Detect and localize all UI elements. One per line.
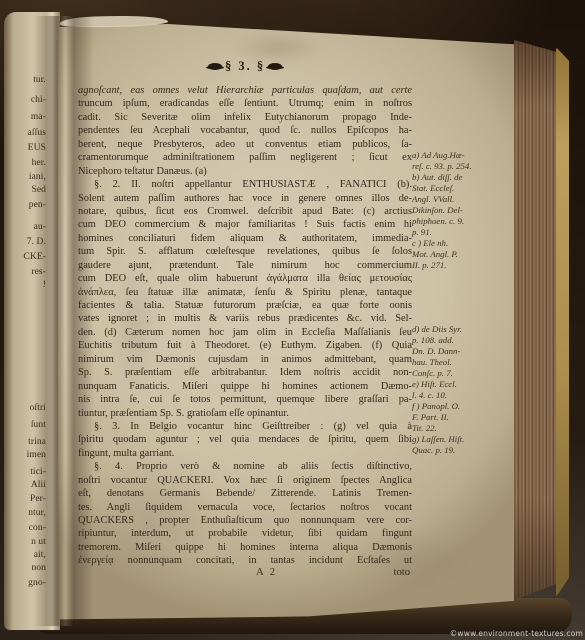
left-page-fragment: res-: [31, 267, 46, 277]
margin-note-line: hau. Theol.: [412, 357, 512, 368]
left-page-fragment: non: [31, 563, 46, 573]
left-page-fragment: ntur,: [28, 508, 46, 518]
left-page-fragment: CKE-: [23, 252, 46, 262]
margin-note-line: Dikinſon. Del-: [412, 205, 512, 216]
ink-blot-ornament-icon: [208, 63, 222, 70]
fore-edge-pages: [514, 40, 558, 600]
left-page-fragment: her.: [32, 158, 46, 168]
margin-note-line: a) Ad Aug.Hæ-: [412, 150, 512, 161]
text-line: cum DEO eſt, quale olim habuerunt ἀγάλμα…: [78, 272, 412, 285]
text-line: §. 4. Proprio verò & nomine ab aliis ſec…: [78, 460, 412, 473]
text-line: homines conciliaturi fidem aliquam & aut…: [78, 232, 412, 245]
text-line: tiuntur, præſentiam Sp. S. gratioſam eſſ…: [78, 407, 412, 420]
left-page-fragment: ſunt: [31, 420, 46, 430]
left-page-fragment: aſſus: [28, 128, 46, 138]
text-line: Sp. S. præſentiam eſſe arbitrabantur. Id…: [78, 366, 412, 379]
ink-blot-ornament-icon: [268, 63, 282, 70]
left-page-fragment: tur.: [33, 75, 46, 85]
signature-line: A 2 toto: [78, 567, 412, 582]
text-line: tum Spir. S. afflatum cœleſtesque revela…: [78, 245, 412, 258]
left-page-fragment: iani,: [29, 172, 46, 182]
cover-edge-strip: [556, 47, 569, 597]
text-line: noſtri vocantur QUACKERI. Vox hæc ſi ori…: [78, 474, 412, 487]
margin-note-line: Mot. Angl. P.: [412, 249, 512, 260]
margin-note-line: g) Laſſen. Hiſt.: [412, 434, 512, 445]
left-page-fragment: !: [43, 280, 46, 290]
text-line: Solent autem paſſim authores hac voce in…: [78, 192, 412, 205]
left-page-fragment: Sed: [31, 185, 46, 195]
left-page-fragment: au-: [34, 222, 46, 232]
page-number: § 3. §: [225, 59, 265, 73]
left-page-fragment: imen: [27, 450, 46, 460]
margin-note-line: c ) Ele nh.: [412, 238, 512, 249]
text-line: truncum ipſum, eradicandas eſſe ſentiunt…: [78, 97, 412, 110]
left-page-fragment: oſtri: [30, 403, 46, 413]
left-page-fragment: trina: [28, 437, 46, 447]
text-line: notare, quibus, ſicut eos Cromwel. deſcr…: [78, 205, 412, 218]
text-line: tes. Angli ſiquidem vernacula voce, ſect…: [78, 501, 412, 514]
left-page-fragment: con-: [29, 523, 46, 533]
text-line: fingunt, multa garriant.: [78, 447, 412, 460]
page-header: § 3. §: [78, 57, 412, 75]
left-page-fragment: ma-: [31, 112, 46, 122]
text-line: ἀνάπλεα, ſeu ſtatuæ illæ animatæ, ſenſu …: [78, 286, 412, 299]
margin-note-line: d) de Diis Syr.: [412, 324, 512, 335]
margin-note-line: II. p. 271.: [412, 260, 512, 271]
margin-note-line: Angl. VVall.: [412, 194, 512, 205]
text-line: §. 2. II. noſtri appellantur ENTHUSIASTÆ…: [78, 178, 412, 191]
margin-note-line: Dn. D. Dann-: [412, 346, 512, 357]
left-page-fragment: ait,: [34, 550, 46, 560]
text-line: ripiuntur, interdum, ut probabile videtu…: [78, 527, 412, 540]
left-page-fragment: Per-: [30, 494, 46, 504]
text-line: nunquam Fanaticis. Miſeri quippe hi homi…: [78, 380, 412, 393]
text-line: berent, neque Presbyteros, adeo ut conve…: [78, 138, 412, 151]
margin-note-line: Tit. 22.: [412, 423, 512, 434]
margin-note-line: b) Aut. diſſ. de: [412, 172, 512, 183]
right-page: § 3. § agnoſcant, eas omnes velut Hierar…: [58, 24, 514, 620]
text-line: cramentorumque adminiſtrationem paſſim n…: [78, 151, 412, 164]
left-page-fragment: pen-: [29, 200, 46, 210]
margin-note-line: F. Part. II.: [412, 412, 512, 423]
left-page-fragment: EUS: [28, 143, 46, 153]
text-line: pendentes ſeu Acephali vocabantur, quod …: [78, 124, 412, 137]
text-line: cum DEO commercium & major familiaritas …: [78, 218, 412, 231]
margin-note-line: Stat. Eccleſ.: [412, 183, 512, 194]
margin-note-line: phiphoen. c. 9.: [412, 216, 512, 227]
text-line: cadit. Sic Severitæ olim infelix Eutychi…: [78, 111, 412, 124]
signature-mark: A 2: [256, 567, 277, 578]
main-text-block: agnoſcant, eas omnes velut Hierarchiæ pa…: [78, 84, 412, 568]
text-line: vates ignoret ; in multis & variis rebus…: [78, 312, 412, 325]
margin-notes-d-g: d) de Diis Syr.p. 108. add.Dn. D. Dann-h…: [412, 324, 512, 456]
text-line: QUACKERS , propter Enthuſiaſticum quo no…: [78, 514, 412, 527]
text-line: Euchitis tributum fuit à Theodoret. (e) …: [78, 339, 412, 352]
catchword: toto: [394, 567, 410, 578]
text-line: den. (d) Cæterum nomen hoc jam olim in E…: [78, 326, 412, 339]
text-line: §. 3. In Belgio vocantur hinc Geiſttreib…: [78, 420, 412, 433]
margin-note-line: Quac. p. 19.: [412, 445, 512, 456]
book-photo: tur.chi-ma-aſſusEUSher.iani,Sedpen-au-7.…: [0, 0, 585, 640]
left-page-fragment: chi-: [31, 95, 46, 105]
text-line: gaudere ajunt, prætendunt. Tale nimirum …: [78, 259, 412, 272]
left-page-fragment: Alii: [31, 480, 46, 490]
margin-note-line: reſ. c. 93. p. 254.: [412, 161, 512, 172]
text-line: Nicephoro teſtatur Danæus. (a): [78, 165, 412, 178]
left-page-fragment: gno-: [28, 578, 46, 588]
left-page-fragment: tici-: [30, 467, 46, 477]
text-line: ἐνεργείᾳ nonnunquam concitati, in tantas…: [78, 554, 412, 567]
text-line: nis intra ſe, cui ſe totos permittunt, q…: [78, 393, 412, 406]
text-line: facientes & talia. Statuæ futurorum præſ…: [78, 299, 412, 312]
margin-note-line: p. 108. add.: [412, 335, 512, 346]
text-line: tremorem. Miſeri quippe hi homines inter…: [78, 541, 412, 554]
text-line: ſpiritu quodam aguntur ; vel quia mendac…: [78, 433, 412, 446]
watermark-credit: ©www.environment-textures.com: [450, 629, 583, 638]
margin-note-line: f ) Panopl. O.: [412, 401, 512, 412]
text-line: nimirum vim Dæmonis cujusdam in animos a…: [78, 353, 412, 366]
text-line: agnoſcant, eas omnes velut Hierarchiæ pa…: [78, 84, 412, 97]
left-page-fragment: 7. D.: [27, 237, 46, 247]
margin-note-line: p. 91.: [412, 227, 512, 238]
margin-note-line: Conſc. p. 7.: [412, 368, 512, 379]
margin-note-line: l. 4. c. 10.: [412, 390, 512, 401]
text-line: eſt, denotans Germanis Bebende/ Zitteren…: [78, 487, 412, 500]
left-page-fragment: n ut: [31, 537, 46, 547]
margin-note-line: e) Hiſt. Eccl.: [412, 379, 512, 390]
left-page-edge: tur.chi-ma-aſſusEUSher.iani,Sedpen-au-7.…: [4, 12, 60, 630]
margin-notes-a-c: a) Ad Aug.Hæ-reſ. c. 93. p. 254.b) Aut. …: [412, 150, 512, 271]
